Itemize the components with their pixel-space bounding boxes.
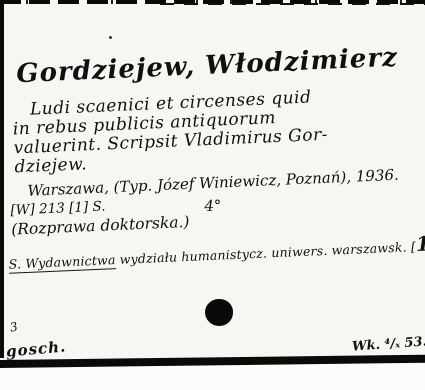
catalog-card: Gordziejew, Włodzimierz Ludi scaenici et…: [0, 0, 425, 364]
format-note: 4°: [204, 196, 222, 215]
collation-note: [W] 213 [1] S.: [10, 198, 106, 218]
series-note-rest: wydziału humanistycz. uniwers. warszawsk…: [115, 239, 416, 267]
accession-number: 169282: [415, 228, 425, 256]
librarian-signature: gosch.: [5, 337, 67, 360]
scan-left-edge-artifact: [0, 0, 4, 358]
date-stamp-note: Wk. ⁴/ₓ 53.: [352, 334, 425, 354]
scan-top-edge-artifact: [160, 3, 425, 5]
scan-background: [0, 364, 425, 390]
title-block: Ludi scaenici et circenses quid in rebus…: [12, 84, 425, 178]
series-note-underlined: S. Wydawnictwa: [8, 252, 116, 274]
handwritten-content: Gordziejew, Włodzimierz Ludi scaenici et…: [0, 0, 425, 330]
scan-speck-artifact: [109, 36, 112, 39]
series-note: S. Wydawnictwa wydziału humanistycz. uni…: [8, 231, 425, 273]
hole-punch-dot: [205, 299, 233, 326]
author-heading: Gordziejew, Włodzimierz: [16, 42, 417, 89]
